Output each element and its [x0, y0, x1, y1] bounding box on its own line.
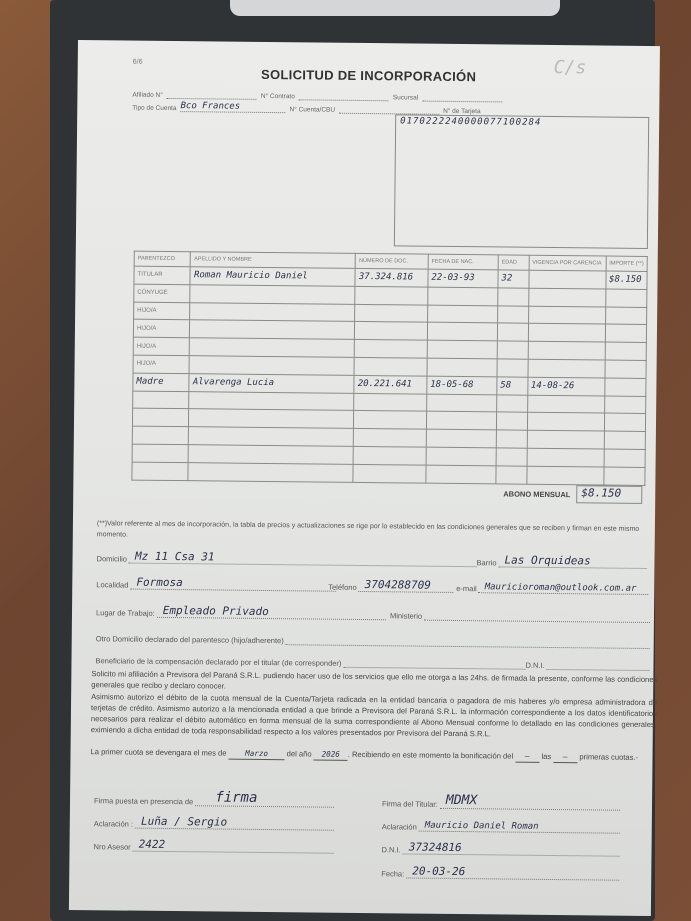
- header-nac: FECHA DE NAC.: [428, 254, 498, 270]
- cell-importe[interactable]: [605, 289, 647, 307]
- cell-parentezco[interactable]: Madre: [133, 373, 190, 391]
- fecha-label: Fecha:: [381, 869, 404, 878]
- aclaracion-asesor-input[interactable]: Luña / Sergio: [135, 816, 334, 831]
- email-field: e-mail Mauricioroman@outlook.com.ar: [456, 580, 648, 595]
- localidad-input[interactable]: Formosa: [130, 577, 336, 592]
- presencia-signature[interactable]: firma: [195, 793, 334, 807]
- cell-edad[interactable]: [498, 288, 529, 306]
- abono-mensual: ABONO MENSUAL $8.150: [503, 484, 642, 503]
- cell-nombre[interactable]: [189, 356, 354, 376]
- bonificacion-field[interactable]: —: [515, 751, 539, 763]
- header-parentezco: PARENTEZCO: [134, 251, 191, 267]
- cell-nac[interactable]: [426, 394, 496, 413]
- beneficiario-dni-input[interactable]: [547, 657, 650, 671]
- cell-doc[interactable]: [354, 357, 427, 376]
- cell-nombre[interactable]: [190, 338, 355, 358]
- cell-nac[interactable]: [426, 447, 496, 466]
- cell-parentezco[interactable]: HIJO/A: [134, 302, 191, 320]
- abono-label: ABONO MENSUAL: [503, 489, 570, 499]
- sucursal-field[interactable]: [422, 92, 502, 103]
- cell-edad[interactable]: 32: [498, 270, 529, 288]
- cell-edad[interactable]: [496, 430, 527, 448]
- cell-edad[interactable]: [497, 306, 528, 324]
- cell-parentezco[interactable]: HIJO/A: [133, 355, 190, 373]
- otro-domicilio-field: Otro Domicilio declarado del parentesco …: [96, 630, 650, 649]
- localidad-label: Localidad: [96, 580, 128, 589]
- cell-parentezco[interactable]: CÓNYUGE: [134, 284, 191, 302]
- contrato-label: N° Contrato: [261, 93, 295, 100]
- cell-importe[interactable]: [604, 449, 646, 467]
- cell-nombre[interactable]: [189, 391, 354, 411]
- cell-nac[interactable]: [428, 287, 498, 306]
- cuotas-field[interactable]: —: [553, 751, 577, 763]
- otro-domicilio-input[interactable]: [286, 632, 650, 649]
- cell-edad[interactable]: 58: [497, 377, 528, 395]
- cell-nombre[interactable]: Roman Mauricio Daniel: [190, 267, 355, 287]
- cell-doc[interactable]: 37.324.816: [355, 268, 428, 287]
- cell-vigencia[interactable]: [527, 413, 604, 432]
- telefono-input[interactable]: 3704288709: [359, 579, 454, 593]
- titular-firma-field: Firma del Titular: MDMX: [382, 795, 620, 810]
- telefono-label: Teléfono: [328, 583, 356, 592]
- cell-doc[interactable]: [355, 340, 428, 359]
- aclaracion-titular-field: Aclaración Mauricio Daniel Roman: [382, 818, 620, 833]
- ministerio-field: Ministerio: [390, 607, 650, 623]
- cell-nac[interactable]: [427, 305, 497, 324]
- cell-nombre[interactable]: [188, 462, 353, 482]
- cell-vigencia[interactable]: [527, 430, 604, 449]
- cell-importe[interactable]: [604, 431, 646, 449]
- cell-vigencia[interactable]: [528, 324, 605, 343]
- titular-dni-field: D.N.I. 37324816: [381, 841, 619, 856]
- form-sheet: 6/6 C/s SOLICITUD DE INCORPORACIÓN Afili…: [69, 40, 660, 916]
- beneficiario-dni-field: D.N.I.: [525, 657, 649, 671]
- cell-importe[interactable]: $8.150: [605, 271, 647, 289]
- localidad-field: Localidad Formosa: [96, 576, 336, 592]
- asesor-input[interactable]: 2422: [133, 839, 334, 854]
- cell-edad[interactable]: [497, 323, 528, 341]
- cell-parentezco[interactable]: HIJO/A: [133, 337, 190, 355]
- cell-vigencia[interactable]: [528, 341, 605, 360]
- cell-nac[interactable]: [426, 429, 496, 448]
- cell-vigencia[interactable]: [528, 359, 605, 378]
- cell-edad[interactable]: [497, 394, 528, 412]
- cell-doc[interactable]: [353, 446, 426, 465]
- contrato-field[interactable]: [299, 90, 389, 101]
- domicilio-label: Domicilio: [97, 554, 128, 563]
- clipboard-clip: [230, 0, 560, 16]
- header-vigencia: VIGENCIA POR CARENCIA: [529, 255, 606, 271]
- trabajo-label: Lugar de Trabajo:: [96, 608, 155, 618]
- cell-doc[interactable]: 20.221.641: [354, 375, 427, 394]
- cell-parentezco[interactable]: HIJO/A: [133, 319, 190, 337]
- aclaracion-titular-input[interactable]: Mauricio Daniel Roman: [419, 819, 620, 834]
- presencia-label: Firma puesta en presencia de: [94, 796, 193, 806]
- cell-edad[interactable]: [497, 341, 528, 359]
- titular-dni-label: D.N.I.: [381, 845, 400, 854]
- cell-doc[interactable]: [355, 322, 428, 341]
- cell-importe[interactable]: [603, 467, 645, 485]
- cell-importe[interactable]: [605, 324, 647, 342]
- cell-vigencia[interactable]: [528, 306, 605, 325]
- titular-dni-input[interactable]: 37324816: [403, 841, 620, 856]
- cell-importe[interactable]: [604, 413, 646, 431]
- cell-edad[interactable]: [497, 359, 528, 377]
- ministerio-label: Ministerio: [390, 611, 422, 620]
- cell-nac[interactable]: [426, 412, 496, 431]
- cell-doc[interactable]: [353, 464, 426, 483]
- aclaracion-asesor-label: Aclaración :: [94, 819, 133, 828]
- cell-parentezco[interactable]: [132, 444, 189, 462]
- cell-doc[interactable]: [354, 411, 427, 430]
- fecha-field: Fecha: 20-03-26: [381, 865, 619, 880]
- cuenta-field[interactable]: [339, 104, 439, 115]
- titular-signature[interactable]: MDMX: [440, 796, 620, 811]
- cell-doc[interactable]: [354, 393, 427, 412]
- barrio-input[interactable]: Las Orquideas: [499, 554, 647, 569]
- cell-nombre[interactable]: [189, 445, 354, 465]
- afiliado-label: Afiliado N°: [132, 92, 162, 99]
- header-nombre: APELLIDO Y NOMBRE: [191, 252, 356, 269]
- cell-importe[interactable]: [605, 342, 647, 360]
- beneficiario-field: Beneficiario de la compensación declarad…: [95, 652, 525, 670]
- email-input[interactable]: Mauricioroman@outlook.com.ar: [479, 580, 649, 595]
- cell-nombre[interactable]: [190, 284, 355, 304]
- cell-vigencia[interactable]: [528, 288, 605, 307]
- cell-vigencia[interactable]: [526, 466, 603, 485]
- tarjeta-value: 0170222240000077100284: [400, 116, 541, 127]
- cuota-anio-field[interactable]: 2026: [314, 749, 348, 761]
- cell-importe[interactable]: [605, 360, 647, 378]
- cell-nombre[interactable]: [189, 409, 354, 429]
- sucursal-label: Sucursal: [393, 94, 418, 101]
- cuota-mes-field[interactable]: Marzo: [229, 748, 285, 761]
- cell-doc[interactable]: [355, 304, 428, 323]
- beneficiario-label: Beneficiario de la compensación declarad…: [95, 656, 341, 668]
- cell-vigencia[interactable]: [527, 395, 604, 414]
- cell-nac[interactable]: [427, 340, 497, 359]
- barrio-field: Barrio Las Orquideas: [477, 554, 647, 569]
- cell-parentezco[interactable]: [132, 426, 189, 444]
- fecha-input[interactable]: 20-03-26: [406, 865, 619, 880]
- asesor-field: Nro Asesor 2422: [94, 838, 334, 854]
- cell-nombre[interactable]: [190, 302, 355, 322]
- header-doc: NÚMERO DE DOC.: [355, 253, 428, 269]
- aclaracion-asesor-field: Aclaración : Luña / Sergio: [94, 815, 334, 831]
- trabajo-field: Lugar de Trabajo: Empleado Privado: [96, 604, 386, 620]
- cell-parentezco[interactable]: TITULAR: [134, 266, 191, 284]
- cell-edad[interactable]: [496, 412, 527, 430]
- cell-nac[interactable]: 18-05-68: [427, 376, 497, 395]
- barrio-label: Barrio: [477, 558, 497, 567]
- tipo-cuenta-row: Tipo de Cuenta Bco Frances N° Cuenta/CBU…: [132, 101, 480, 116]
- members-table: PARENTEZCO APELLIDO Y NOMBRE NÚMERO DE D…: [131, 251, 647, 486]
- cell-vigencia[interactable]: [528, 270, 605, 289]
- aclaracion-titular-label: Aclaración: [382, 822, 417, 831]
- cell-parentezco[interactable]: [133, 391, 190, 409]
- titular-firma-label: Firma del Titular:: [382, 799, 438, 809]
- otro-domicilio-label: Otro Domicilio declarado del parentesco …: [96, 634, 284, 645]
- cell-parentezco[interactable]: [132, 408, 189, 426]
- cuenta-label: N° Cuenta/CBU: [289, 106, 335, 113]
- cell-nac[interactable]: [427, 358, 497, 377]
- autorizo-paragraph: Asimismo autorizo el débito de la cuota …: [91, 691, 657, 741]
- telefono-field: Teléfono 3704288709: [328, 579, 453, 593]
- clipboard: 6/6 C/s SOLICITUD DE INCORPORACIÓN Afili…: [50, 0, 655, 921]
- cell-importe[interactable]: [605, 307, 647, 325]
- cell-nombre[interactable]: [190, 320, 355, 340]
- cell-edad[interactable]: [496, 466, 527, 484]
- tipo-cuenta-value[interactable]: Bco Frances: [180, 101, 285, 113]
- tarjeta-box[interactable]: 0170222240000077100284: [394, 114, 649, 249]
- afiliado-field[interactable]: [167, 89, 257, 100]
- beneficiario-input[interactable]: [343, 655, 525, 670]
- header-importe: IMPORTE (**): [606, 256, 648, 271]
- cell-importe[interactable]: [604, 396, 646, 414]
- cell-edad[interactable]: [496, 448, 527, 466]
- asesor-label: Nro Asesor: [94, 842, 131, 851]
- cell-doc[interactable]: [355, 286, 428, 305]
- domicilio-field: Domicilio Mz 11 Csa 31: [97, 550, 477, 567]
- cell-nombre[interactable]: [189, 427, 354, 447]
- trabajo-input[interactable]: Empleado Privado: [157, 605, 386, 620]
- tipo-cuenta-label: Tipo de Cuenta: [132, 105, 176, 112]
- cell-nombre[interactable]: Alvarenga Lucia: [189, 373, 354, 393]
- importe-note: (**)Valor referente al mes de incorporac…: [97, 518, 653, 546]
- presencia-field: Firma puesta en presencia de firma: [94, 792, 334, 808]
- cell-nac[interactable]: [427, 323, 497, 342]
- cell-importe[interactable]: [604, 378, 646, 396]
- ministerio-input[interactable]: [424, 608, 650, 623]
- cell-vigencia[interactable]: 14-08-26: [527, 377, 604, 396]
- cell-parentezco[interactable]: [132, 462, 189, 480]
- cell-nac[interactable]: [426, 465, 496, 484]
- email-label: e-mail: [456, 584, 477, 593]
- abono-value[interactable]: $8.150: [576, 485, 642, 504]
- header-edad: EDAD: [498, 255, 529, 270]
- beneficiario-dni-label: D.N.I.: [525, 661, 544, 670]
- domicilio-input[interactable]: Mz 11 Csa 31: [129, 551, 477, 568]
- cell-nac[interactable]: 22-03-93: [428, 269, 498, 288]
- cuota-paragraph: La primer cuota se devengara el mes de M…: [90, 746, 656, 764]
- cell-doc[interactable]: [354, 429, 427, 448]
- cell-vigencia[interactable]: [527, 448, 604, 467]
